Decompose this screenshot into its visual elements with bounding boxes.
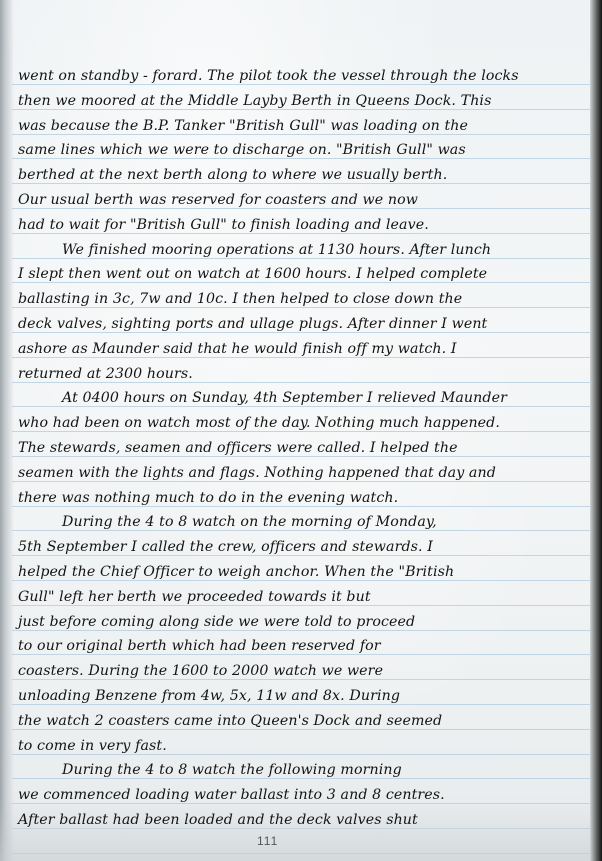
text-line: 5th September I called the crew, officer… [18,535,588,559]
text-line: deck valves, sighting ports and ullage p… [18,312,588,336]
text-line: went on standby - forard. The pilot took… [18,64,588,88]
text-line: helped the Chief Officer to weigh anchor… [18,560,588,584]
text-line: then we moored at the Middle Layby Berth… [18,89,588,113]
journal-page: went on standby - forard. The pilot took… [0,0,592,861]
text-line: had to wait for "British Gull" to finish… [18,213,588,237]
text-line: seamen with the lights and flags. Nothin… [18,461,588,485]
text-line: ashore as Maunder said that he would fin… [18,337,588,361]
text-line: to come in very fast. [18,734,588,758]
text-line: I slept then went out on watch at 1600 h… [18,262,588,286]
text-line: berthed at the next berth along to where… [18,163,588,187]
text-line: there was nothing much to do in the even… [18,486,588,510]
text-line: During the 4 to 8 watch on the morning o… [18,510,588,534]
text-line: just before coming along side we were to… [18,610,588,634]
text-line: who had been on watch most of the day. N… [18,411,588,435]
text-line: The stewards, seamen and officers were c… [18,436,588,460]
text-line: We finished mooring operations at 1130 h… [18,238,588,262]
text-line: to our original berth which had been res… [18,634,588,658]
text-line: same lines which we were to discharge on… [18,138,588,162]
text-line: During the 4 to 8 watch the following mo… [18,758,588,782]
text-line: After ballast had been loaded and the de… [18,808,588,832]
text-line: At 0400 hours on Sunday, 4th September I… [18,386,588,410]
handwritten-text: went on standby - forard. The pilot took… [0,0,592,861]
page-number: 111 [257,834,278,848]
text-line: Our usual berth was reserved for coaster… [18,188,588,212]
text-line: was because the B.P. Tanker "British Gul… [18,114,588,138]
page-edge [590,0,602,861]
text-line: returned at 2300 hours. [18,362,588,386]
text-line: coasters. During the 1600 to 2000 watch … [18,659,588,683]
text-line: we commenced loading water ballast into … [18,783,588,807]
text-line: unloading Benzene from 4w, 5x, 11w and 8… [18,684,588,708]
text-line: ballasting in 3c, 7w and 10c. I then hel… [18,287,588,311]
text-line: the watch 2 coasters came into Queen's D… [18,709,588,733]
text-line: Gull" left her berth we proceeded toward… [18,585,588,609]
